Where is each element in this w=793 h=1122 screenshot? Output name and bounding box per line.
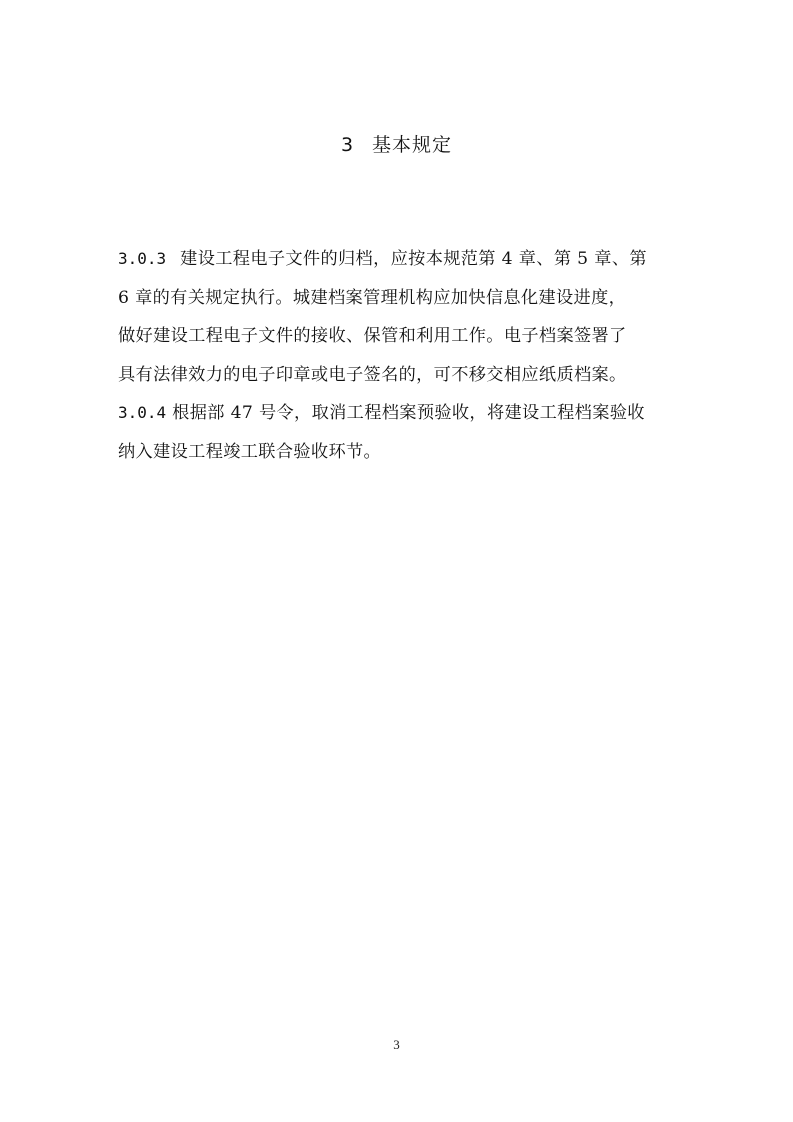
clause-number: 3.0.4 [118, 394, 166, 433]
page-number: 3 [0, 1037, 793, 1053]
clause-3-0-3-line-1: 3.0.3建设工程电子文件的归档，应按本规范第 4 章、第 5 章、第 [118, 240, 678, 279]
section-title: 基本规定 [372, 134, 452, 156]
section-number: 3 [341, 134, 354, 156]
clause-text: 根据部 47 号令，取消工程档案预验收，将建设工程档案验收 [172, 403, 645, 423]
clause-3-0-4-line-2: 纳入建设工程竣工联合验收环节。 [118, 433, 678, 472]
clause-number: 3.0.3 [118, 240, 166, 279]
clause-3-0-4-line-1: 3.0.4根据部 47 号令，取消工程档案预验收，将建设工程档案验收 [118, 394, 678, 433]
section-heading: 3基本规定 [0, 130, 793, 157]
clause-3-0-3-line-2: 6 章的有关规定执行。城建档案管理机构应加快信息化建设进度， [118, 279, 678, 318]
document-body: 3.0.3建设工程电子文件的归档，应按本规范第 4 章、第 5 章、第 6 章的… [118, 240, 678, 471]
clause-3-0-3-line-3: 做好建设工程电子文件的接收、保管和利用工作。电子档案签署了 [118, 317, 678, 356]
clause-text: 建设工程电子文件的归档，应按本规范第 4 章、第 5 章、第 [180, 249, 647, 269]
clause-3-0-3-line-4: 具有法律效力的电子印章或电子签名的，可不移交相应纸质档案。 [118, 356, 678, 395]
